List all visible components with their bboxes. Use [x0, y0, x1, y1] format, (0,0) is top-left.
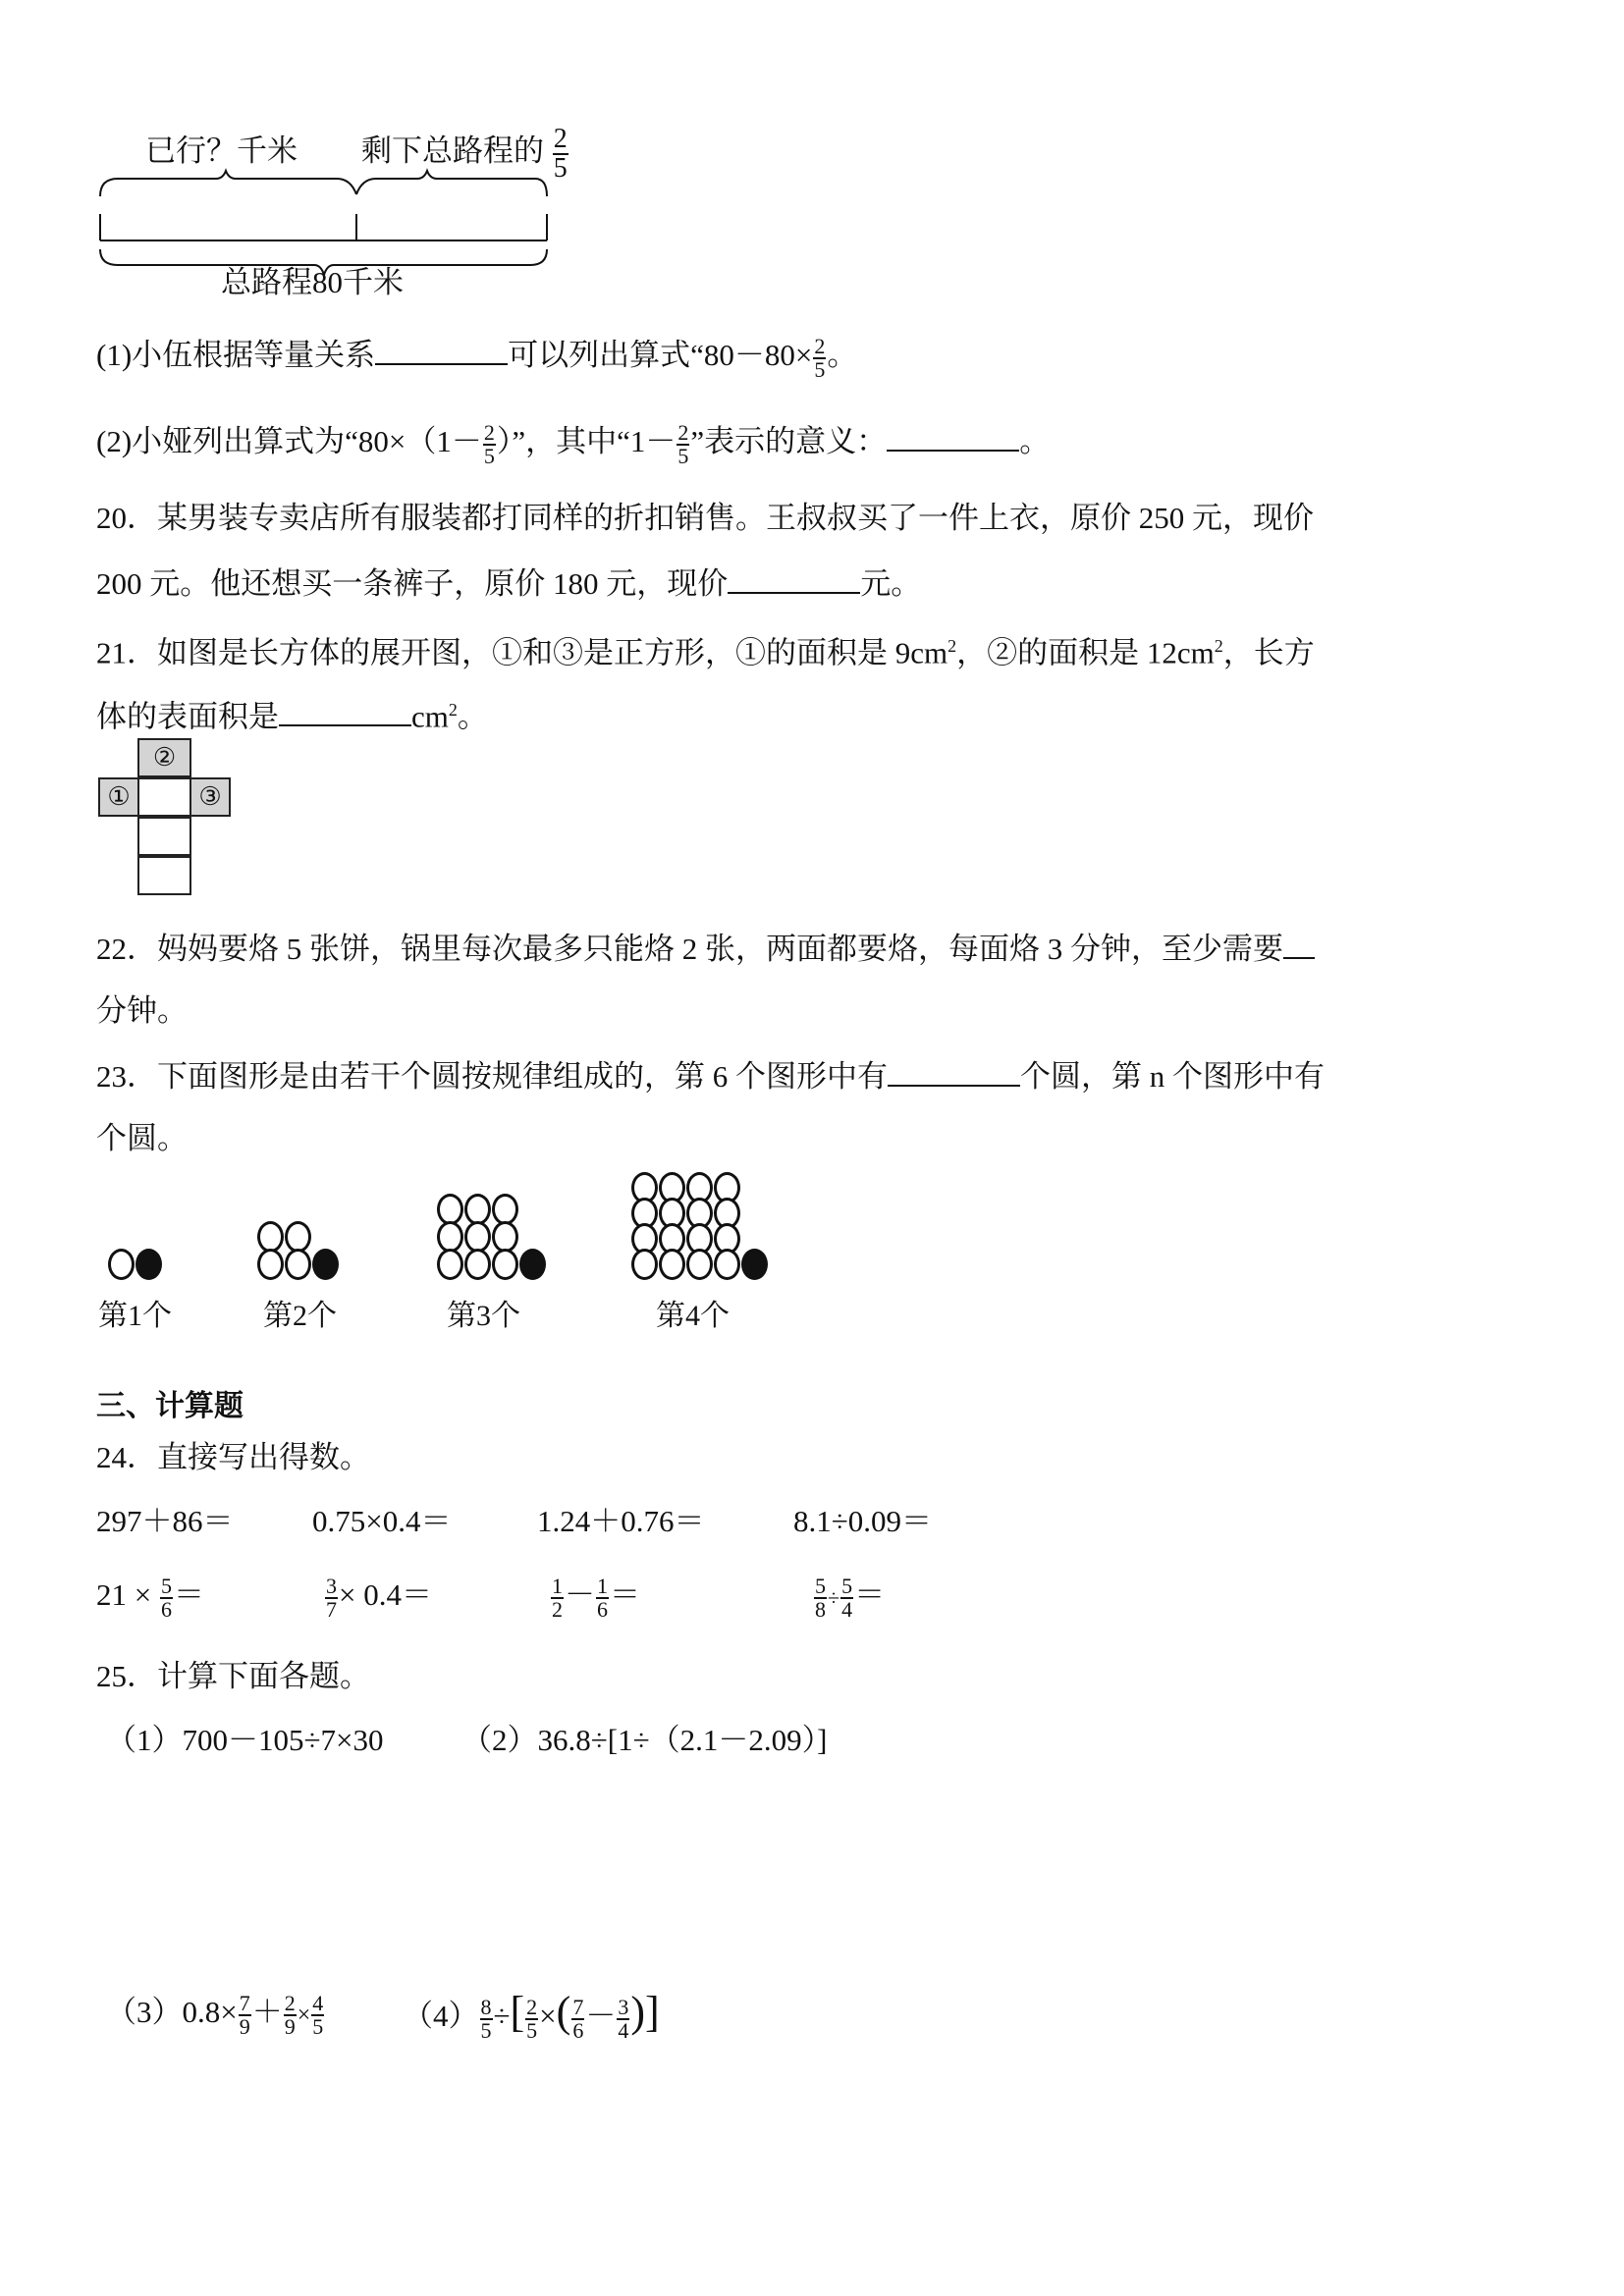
circle — [464, 1249, 491, 1280]
fraction: 25 — [677, 422, 689, 467]
fraction: 58 — [814, 1575, 827, 1621]
q24-item-6: 37× 0.4＝ — [324, 1575, 432, 1621]
fraction: 25 — [813, 336, 826, 381]
net-face-3: ③ — [189, 777, 231, 817]
filled-circle — [135, 1249, 162, 1280]
fraction: 25 — [483, 422, 496, 467]
fraction: 85 — [480, 1997, 493, 2042]
fraction: 79 — [239, 1993, 251, 2038]
net-face-center — [137, 777, 191, 817]
filled-circle — [741, 1249, 768, 1280]
fraction: 25 — [525, 1997, 538, 2042]
circle — [659, 1249, 685, 1280]
fraction: 29 — [284, 1993, 297, 2038]
question-20-line-2: 200 元。他还想买一条裤子，原价 180 元，现价元。 — [96, 562, 921, 604]
fraction: 16 — [596, 1575, 609, 1621]
net-face-lower-1 — [137, 817, 191, 856]
q24-item-3: 1.24＋0.76＝ — [537, 1502, 705, 1541]
q24-item-1: 297＋86＝ — [96, 1502, 234, 1541]
question-19-part-2: (2)小娅列出算式为“80×（1－25）”，其中“1－25”表示的意义：。 — [96, 420, 1050, 467]
circle — [714, 1249, 740, 1280]
answer-blank[interactable] — [888, 1055, 1020, 1087]
circle — [108, 1249, 135, 1280]
q24-item-7: 12－16＝ — [550, 1575, 640, 1621]
fraction: 76 — [571, 1997, 584, 2042]
total-label: 总路程80千米 — [221, 257, 404, 301]
answer-blank[interactable] — [1283, 928, 1315, 959]
circle — [631, 1249, 658, 1280]
fraction: 12 — [551, 1575, 564, 1621]
question-25-title: 25．计算下面各题。 — [96, 1657, 370, 1696]
question-21-line-1: 21．如图是长方体的展开图，①和③是正方形，①的面积是 9cm2，②的面积是 1… — [96, 626, 1315, 672]
figure-label-4: 第4个 — [656, 1291, 730, 1334]
filled-circle — [312, 1249, 339, 1280]
fraction: 37 — [325, 1575, 338, 1621]
circle — [285, 1249, 311, 1280]
question-22-line-2: 分钟。 — [96, 991, 188, 1031]
fraction: 56 — [160, 1575, 173, 1621]
q25-part-4: （4）85÷[25×(76－34)] — [403, 1993, 660, 2042]
circle — [257, 1249, 284, 1280]
net-face-1: ① — [98, 777, 139, 817]
question-23-line-1: 23．下面图形是由若干个圆按规律组成的，第 6 个图形中有个圆，第 n 个图形中… — [96, 1055, 1325, 1096]
q25-part-1: （1）700－105÷7×30 — [106, 1721, 384, 1760]
question-21-line-2: 体的表面积是cm2。 — [96, 690, 488, 736]
fraction: 54 — [840, 1575, 853, 1621]
answer-blank[interactable] — [279, 695, 411, 726]
q25-part-2: （2）36.8÷[1÷（2.1－2.09）] — [461, 1721, 827, 1760]
net-face-lower-2 — [137, 856, 191, 895]
q24-item-8: 58÷54＝ — [813, 1575, 885, 1621]
traveled-label: 已行？千米 — [145, 126, 298, 170]
question-22-line-1: 22．妈妈要烙 5 张饼，锅里每次最多只能烙 2 张，两面都要烙，每面烙 3 分… — [96, 928, 1315, 969]
fraction: 45 — [311, 1993, 324, 2038]
question-19-part-1: (1)小伍根据等量关系可以列出算式“80－80×25。 — [96, 334, 857, 381]
figure-label-1: 第1个 — [98, 1291, 172, 1334]
figure-label-3: 第3个 — [447, 1291, 520, 1334]
answer-blank[interactable] — [375, 334, 508, 365]
q25-part-3: （3）0.8×79＋29×45 — [106, 1993, 325, 2038]
filled-circle — [519, 1249, 546, 1280]
q24-item-5: 21 × 56＝ — [96, 1575, 204, 1621]
figure-label-2: 第2个 — [263, 1291, 337, 1334]
fraction: 34 — [617, 1997, 629, 2042]
question-20-line-1: 20．某男装专卖店所有服装都打同样的折扣销售。王叔叔买了一件上衣，原价 250 … — [96, 499, 1314, 538]
q24-item-4: 8.1÷0.09＝ — [793, 1502, 932, 1541]
circle — [492, 1249, 518, 1280]
section-title: 三、计算题 — [96, 1387, 244, 1426]
question-23-line-2: 个圆。 — [96, 1119, 188, 1158]
answer-blank[interactable] — [887, 420, 1019, 452]
question-24-title: 24．直接写出得数。 — [96, 1438, 370, 1477]
net-face-2: ② — [137, 738, 191, 777]
answer-blank[interactable] — [728, 562, 860, 594]
q24-item-2: 0.75×0.4＝ — [312, 1502, 451, 1541]
circle — [437, 1249, 463, 1280]
circle — [686, 1249, 713, 1280]
